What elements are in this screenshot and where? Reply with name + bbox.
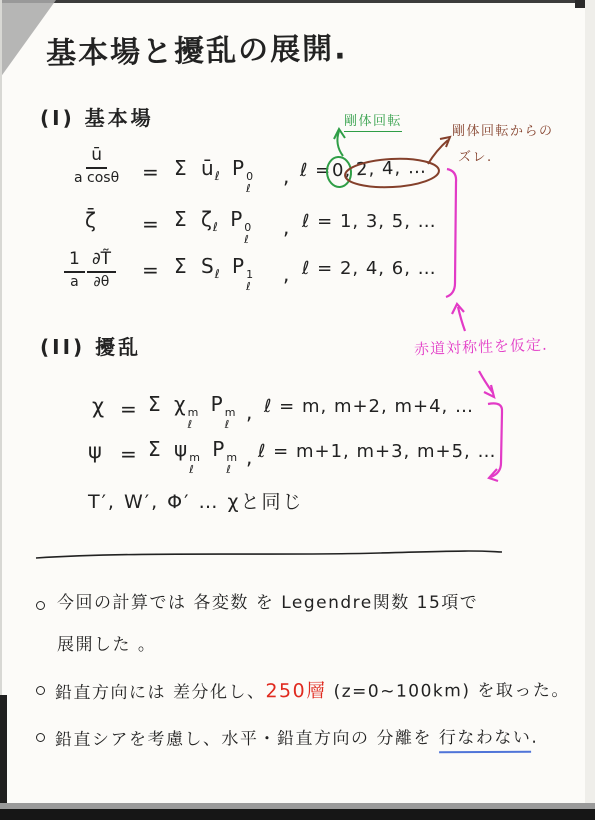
note2-line: 鉛直方向には 差分化し、250層 (z=0~100km) を取った。 xyxy=(55,675,570,705)
denominator: a xyxy=(70,273,79,290)
scan-edge-left-bottom xyxy=(0,695,7,820)
eq-chi-lhs: χ xyxy=(92,394,105,418)
coefficient-superscript: m xyxy=(188,407,199,419)
magenta-down-arrow xyxy=(479,371,493,393)
basis-subscript: ℓ xyxy=(244,234,251,246)
section-1-heading: (I) 基本場 xyxy=(40,102,154,131)
coefficient: S xyxy=(201,254,215,278)
basis-subscript: ℓ xyxy=(226,464,237,476)
eq-u-comma: , xyxy=(283,164,290,188)
eq-psi-rhs: Σ ψmℓ Pmℓ xyxy=(148,437,237,475)
eq-zeta-lhs: ζ̄ xyxy=(85,208,97,232)
eq-temp-rhs: Σ Sℓ P1ℓ xyxy=(174,254,253,292)
bullet-dot xyxy=(36,686,45,695)
basis-subscript: ℓ xyxy=(246,281,253,293)
note3-pre: 鉛直シアを考慮し、水平・鉛直方向の 分離を xyxy=(55,728,439,750)
coefficient-subscript: ℓ xyxy=(188,419,199,431)
other-variables-line: T′, W′, Φ′ … χと同じ xyxy=(88,487,304,514)
bullet-dot xyxy=(36,601,45,610)
eq-zeta-l-list: ℓ = 1, 3, 5, … xyxy=(302,211,437,232)
coefficient: ζ xyxy=(201,207,213,231)
eq-u-denominator: a cosθ xyxy=(74,169,119,186)
eq-zeta-comma: , xyxy=(283,215,290,239)
basis-function: P xyxy=(211,392,224,416)
page-title: 基本場と擾乱の展開. xyxy=(46,23,348,72)
eq-chi-rhs: Σ χmℓ Pmℓ xyxy=(148,392,235,430)
scan-corner-top-left xyxy=(0,0,56,78)
divider-line xyxy=(36,551,502,558)
basis-function: P xyxy=(230,207,243,231)
section-2-heading: (II) 擾乱 xyxy=(40,331,141,360)
scan-edge-top xyxy=(0,0,595,3)
eq-chi-l-list: ℓ = m, m+2, m+4, … xyxy=(264,396,474,417)
scan-band-black xyxy=(0,809,595,820)
numerator: 1 xyxy=(64,250,85,273)
deviation-label-line2: ズレ. xyxy=(458,146,493,165)
eq-u-l-rest: 2, 4, … xyxy=(356,157,427,180)
eq-temp-lhs: 1 a ∂T̃ ∂θ xyxy=(64,250,116,290)
numerator: ∂T̃ xyxy=(87,250,116,273)
brown-arrowhead xyxy=(440,137,450,147)
sigma-symbol: Σ xyxy=(148,437,162,461)
eq-zeta-equals: = xyxy=(142,212,160,236)
equatorial-symmetry-label: 赤道対称性を仮定. xyxy=(414,334,548,360)
rigid-rotation-label: 剛体回転 xyxy=(344,110,402,132)
coefficient: ū xyxy=(201,156,215,180)
bullet-dot xyxy=(36,733,45,742)
eq-u-equals: = xyxy=(142,160,160,184)
note1-line1: 今回の計算では 各変数 を Legendre関数 15項で xyxy=(57,588,478,613)
eq-u-l-prefix: ℓ = xyxy=(300,160,331,181)
eq-temp-equals: = xyxy=(142,258,160,282)
note2-red-highlight: 250層 xyxy=(265,680,326,702)
coefficient: χ xyxy=(174,392,187,416)
coefficient-subscript: ℓ xyxy=(213,220,218,234)
basis-subscript: ℓ xyxy=(225,419,236,431)
magenta-up-arrowhead xyxy=(452,304,464,314)
sigma-symbol: Σ xyxy=(174,156,188,180)
sigma-symbol: Σ xyxy=(174,207,188,231)
basis-superscript: 0 xyxy=(244,222,251,234)
one-over-a-fraction: 1 a xyxy=(64,250,85,290)
note3-end: . xyxy=(531,728,538,748)
note3-underlined: 行なわない xyxy=(439,728,532,753)
magenta-down-arrowhead xyxy=(484,385,494,397)
note1-line2: 展開した 。 xyxy=(57,630,156,655)
eq-psi-l-list: ℓ = m+1, m+3, m+5, … xyxy=(258,441,497,462)
sigma-symbol: Σ xyxy=(174,254,188,278)
basis-superscript: 1 xyxy=(246,269,253,281)
dT-dtheta-fraction: ∂T̃ ∂θ xyxy=(87,250,116,290)
eq-chi-comma: , xyxy=(246,400,253,424)
eq-u-l-zero: 0, xyxy=(332,160,351,181)
eq-psi-comma: , xyxy=(246,445,253,469)
basis-superscript: m xyxy=(226,452,237,464)
basis-function: P xyxy=(232,156,245,180)
sigma-symbol: Σ xyxy=(148,392,162,416)
eq-zeta-rhs: Σ ζℓ P0ℓ xyxy=(174,207,251,245)
eq-temp-l-list: ℓ = 2, 4, 6, … xyxy=(302,258,437,279)
denominator: ∂θ xyxy=(94,273,110,290)
scanned-note-page: 基本場と擾乱の展開. (I) 基本場 ū a cosθ = Σ ūℓ P0ℓ ,… xyxy=(0,0,595,820)
brown-arrow xyxy=(428,140,448,164)
basis-superscript: m xyxy=(225,407,236,419)
coefficient-subscript: ℓ xyxy=(215,267,220,281)
note2-pre: 鉛直方向には 差分化し、 xyxy=(55,682,266,703)
coefficient-subscript: ℓ xyxy=(215,169,220,183)
eq-temp-comma: , xyxy=(283,262,290,286)
eq-u-numerator: ū xyxy=(86,146,107,169)
note2-post: (z=0~100km) を取った。 xyxy=(327,681,570,702)
coefficient-superscript: m xyxy=(189,452,200,464)
note3-line: 鉛直シアを考慮し、水平・鉛直方向の 分離を 行なわない. xyxy=(55,723,538,751)
coefficient: ψ xyxy=(174,437,188,461)
eq-chi-equals: = xyxy=(120,397,138,421)
magenta-up-arrow xyxy=(458,307,465,331)
basis-subscript: ℓ xyxy=(246,183,253,195)
basis-function: P xyxy=(212,437,225,461)
eq-psi-lhs: ψ xyxy=(88,439,103,463)
coefficient-subscript: ℓ xyxy=(189,464,200,476)
eq-u-lhs-fraction: ū a cosθ xyxy=(74,146,119,186)
basis-function: P xyxy=(232,254,245,278)
magenta-bracket-arrowhead xyxy=(489,469,498,481)
basis-superscript: 0 xyxy=(246,171,253,183)
scan-edge-right xyxy=(585,0,595,820)
magenta-bracket-top xyxy=(446,169,456,297)
eq-u-rhs: Σ ūℓ P0ℓ xyxy=(174,156,253,194)
eq-psi-equals: = xyxy=(120,442,138,466)
green-arrow xyxy=(337,131,343,156)
deviation-label-line1: 剛体回転からの xyxy=(452,120,554,139)
